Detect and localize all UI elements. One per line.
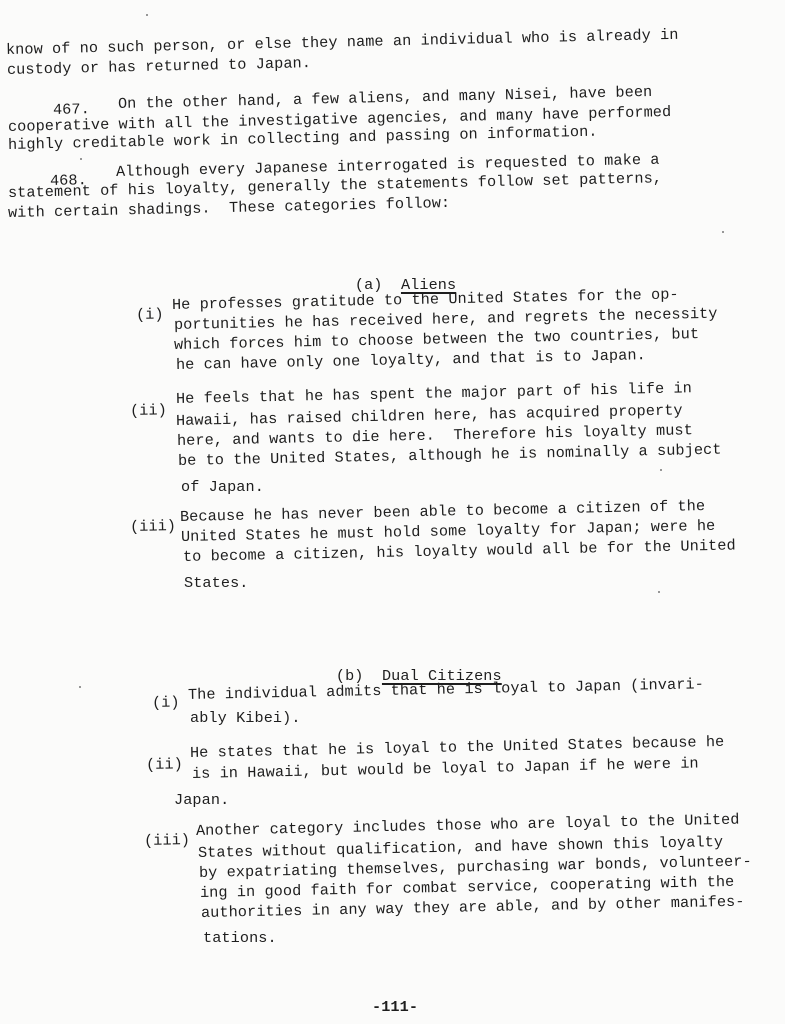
list-marker: (ii) (130, 401, 167, 420)
scan-speck (722, 231, 724, 233)
list-item-line: of Japan. (181, 478, 264, 496)
scan-speck (660, 469, 662, 471)
list-item-line: Japan. (174, 791, 229, 809)
intro-line: know of no such person, or else they nam… (6, 26, 679, 59)
list-marker: (iii) (130, 517, 176, 536)
list-marker: (iii) (144, 831, 190, 850)
list-marker: (ii) (146, 755, 183, 774)
document-page: know of no such person, or else they nam… (0, 0, 785, 1024)
list-item-line: tations. (203, 929, 277, 947)
scan-speck (79, 686, 81, 688)
page-number: -111- (372, 998, 418, 1016)
list-item-line: States. (184, 574, 249, 592)
list-marker: (i) (136, 305, 164, 324)
scan-speck (658, 591, 660, 593)
scan-speck (146, 14, 148, 16)
scan-speck (80, 158, 82, 160)
list-item-line: ably Kibei). (190, 709, 301, 727)
list-marker: (i) (152, 693, 180, 712)
